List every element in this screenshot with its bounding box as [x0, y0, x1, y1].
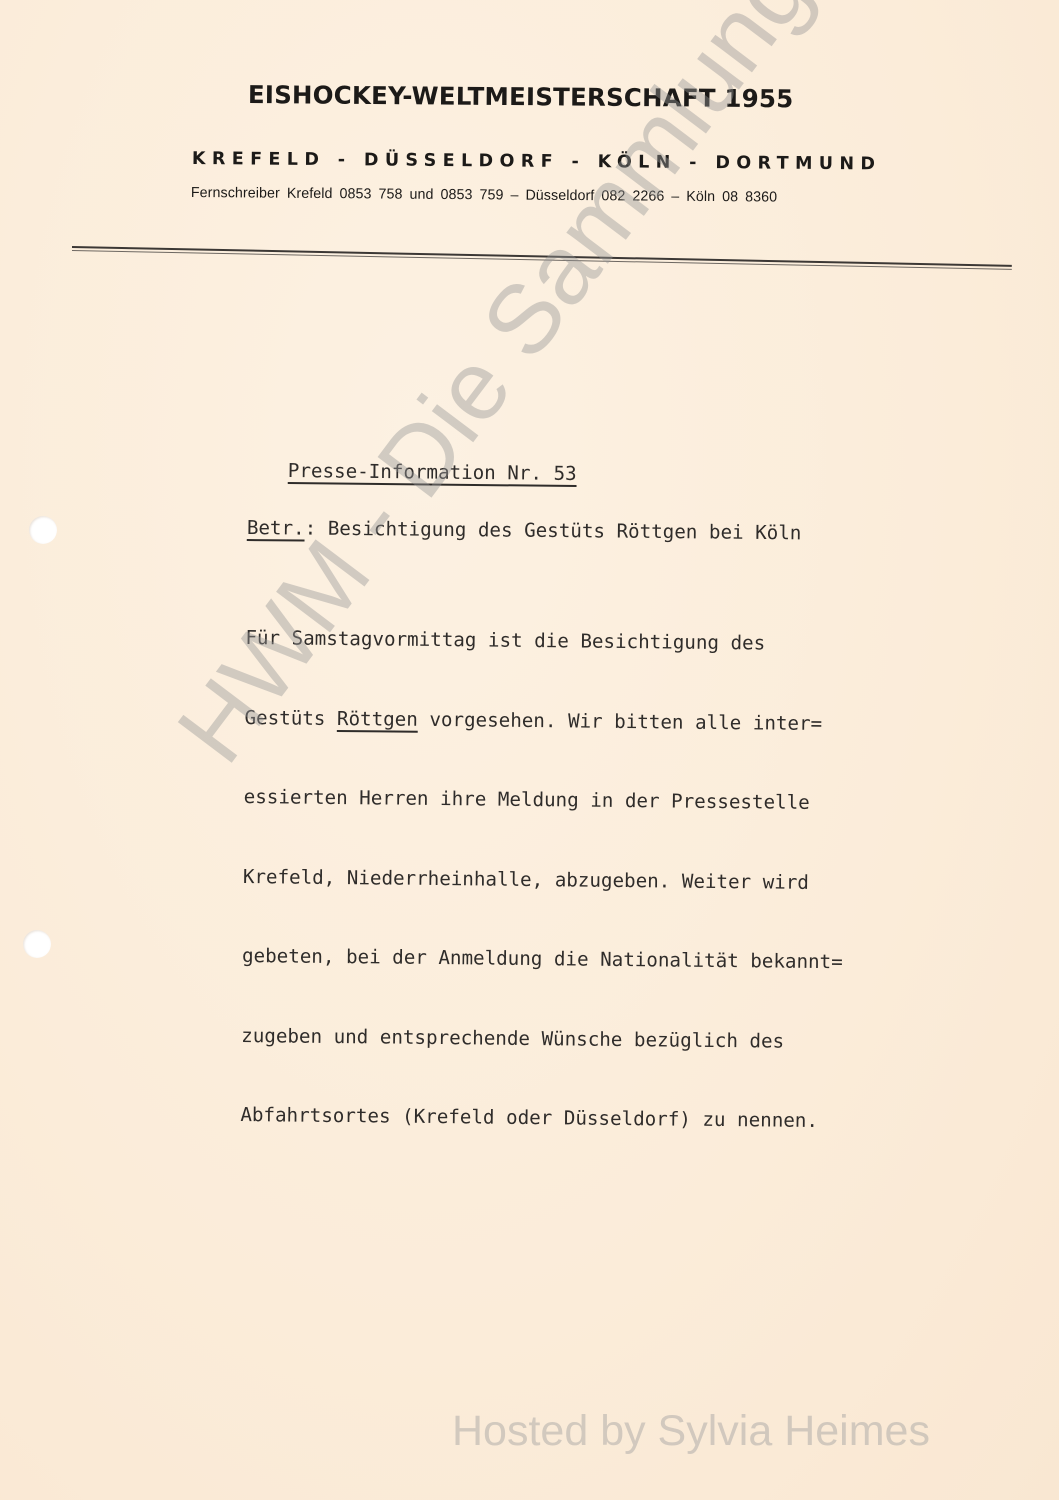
body-line: zugeben und entsprechende Wünsche bezügl… — [241, 1023, 842, 1063]
body-line-text: Krefeld, Niederrheinhalle, abzugeben. We… — [243, 864, 809, 893]
subject-text: Besichtigung des Gestüts Röttgen bei Köl… — [328, 517, 802, 545]
body-line: Krefeld, Niederrheinhalle, abzugeben. We… — [243, 864, 844, 904]
subject-line: Betr.: Besichtigung des Gestüts Röttgen … — [247, 516, 802, 544]
punch-hole-upper — [29, 516, 57, 544]
body-line-text: zugeben und entsprechende Wünsche bezügl… — [241, 1023, 784, 1052]
body-line: Gestüts Röttgen vorgesehen. Wir bitten a… — [244, 705, 845, 745]
body-line-text: Gestüts — [244, 705, 337, 729]
body-line: essierten Herren ihre Meldung in der Pre… — [244, 785, 845, 825]
underlined-place-name: Röttgen — [337, 706, 418, 730]
letterhead-cities: KREFELD - DÜSSELDORF - KÖLN - DORTMUND — [192, 149, 882, 174]
punch-hole-lower — [23, 930, 51, 958]
body-line-text: Abfahrtsortes (Krefeld oder Düsseldorf) … — [240, 1103, 818, 1132]
document-page: EISHOCKEY-WELTMEISTERSCHAFT 1955 KREFELD… — [0, 0, 1059, 1500]
hosted-by-watermark: Hosted by Sylvia Heimes — [452, 1407, 930, 1456]
subject-label: Betr. — [247, 516, 305, 540]
subject-separator: : — [305, 517, 328, 540]
body-line: Abfahrtsortes (Krefeld oder Düsseldorf) … — [240, 1103, 841, 1143]
press-release-heading: Presse-Information Nr. 53 — [288, 459, 577, 485]
body-text: Für Samstagvormittag ist die Besichtigun… — [240, 580, 847, 1189]
body-line-text: vorgesehen. Wir bitten alle inter= — [418, 707, 823, 734]
letterhead-title: EISHOCKEY-WELTMEISTERSCHAFT 1955 — [248, 80, 848, 114]
body-line: gebeten, bei der Anmeldung die Nationali… — [242, 944, 843, 984]
letterhead-telex-numbers: Fernschreiber Krefeld 0853 758 und 0853 … — [191, 185, 777, 206]
body-line-text: essierten Herren ihre Meldung in der Pre… — [244, 785, 810, 814]
body-line: Für Samstagvormittag ist die Besichtigun… — [245, 626, 846, 666]
letterhead-divider-thick — [72, 246, 1012, 267]
body-line-text: gebeten, bei der Anmeldung die Nationali… — [242, 944, 843, 973]
letterhead-divider-thin — [72, 250, 1012, 270]
body-line-text: Für Samstagvormittag ist die Besichtigun… — [245, 626, 765, 654]
